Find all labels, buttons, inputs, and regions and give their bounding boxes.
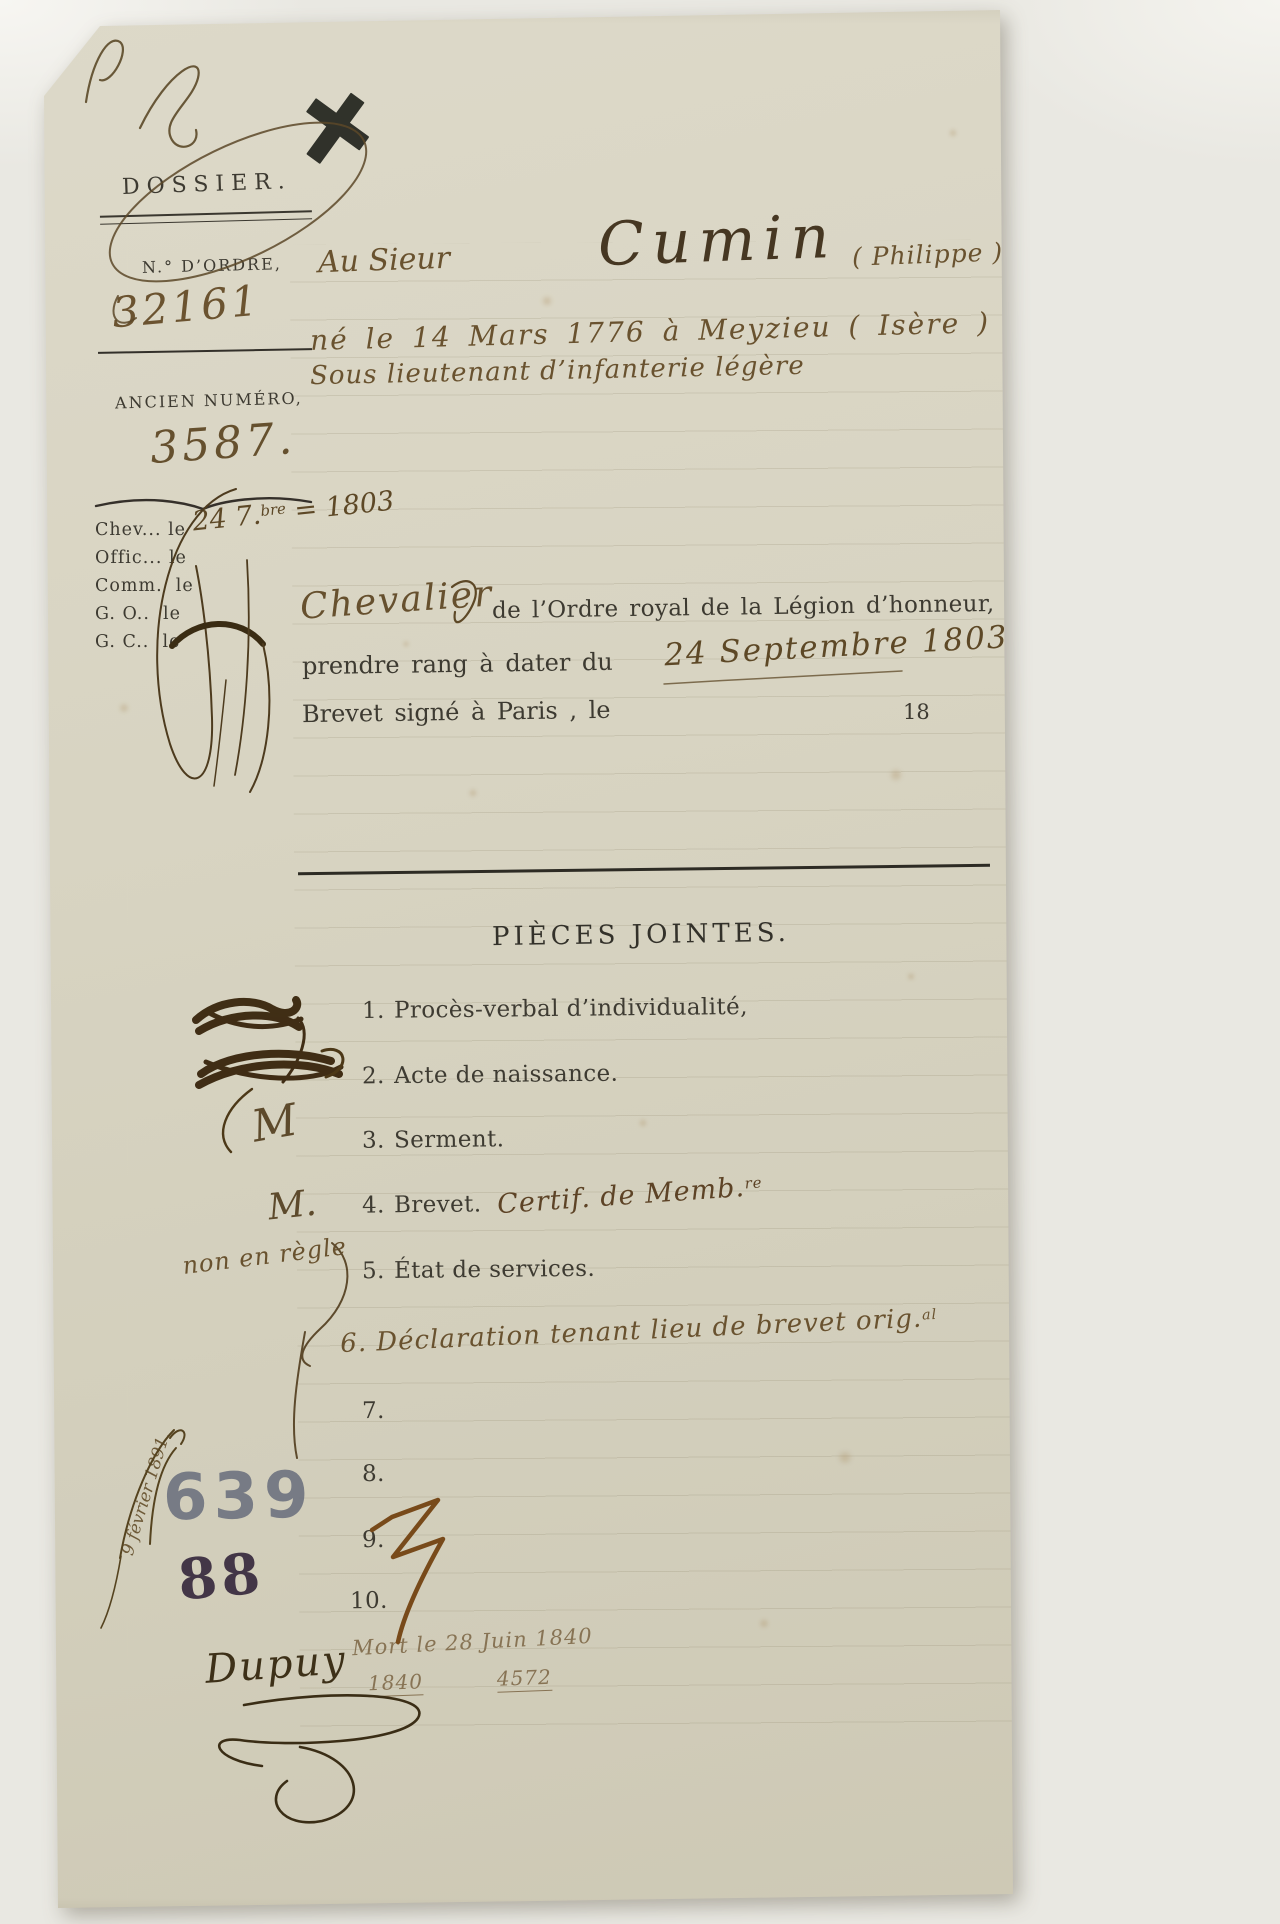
piece-item-label: État de services. bbox=[394, 1256, 595, 1284]
rang-printed: prendre rang à dater du bbox=[302, 648, 613, 680]
foxing-spot bbox=[758, 1618, 770, 1629]
paper-sheet: DOSSIER. N.° D’ORDRE, 32161 ANCIEN NUMÉR… bbox=[0, 0, 1280, 1924]
dossier-title: DOSSIER. bbox=[122, 169, 293, 200]
note-reference-numbers: 18404572 bbox=[368, 1665, 553, 1695]
piece-item-1: 1.Procès-verbal d’individualité, bbox=[362, 994, 748, 1024]
stamp-88: 88 bbox=[175, 1540, 266, 1613]
order-number-value: 32161 bbox=[110, 276, 262, 338]
foxing-spot bbox=[948, 128, 958, 138]
chev-date-pre: 24 7. bbox=[191, 499, 263, 537]
rank-row-grand-croix: G. C.. le bbox=[95, 632, 194, 660]
foxing-spot bbox=[540, 295, 554, 307]
piece-item-number: 2. bbox=[362, 1063, 394, 1089]
margin-mark-m-item4: M. bbox=[266, 1183, 318, 1229]
pieces-jointes-title: PIÈCES JOINTES. bbox=[492, 918, 790, 952]
corner-paraph-scribble bbox=[86, 41, 199, 147]
foxing-spot bbox=[836, 1450, 854, 1465]
foxing-spot bbox=[118, 702, 130, 714]
foxing-spot bbox=[638, 1118, 648, 1128]
rank-row-commandeur: Comm. le bbox=[95, 576, 194, 604]
cross-stamp-icon bbox=[283, 75, 387, 181]
stamp-639: 639 bbox=[162, 1459, 315, 1536]
margin-mark-m-item3: M bbox=[248, 1094, 301, 1152]
rank-row-grand-officier: G. O.. le bbox=[95, 604, 194, 632]
scanned-dossier-page: DOSSIER. N.° D’ORDRE, 32161 ANCIEN NUMÉR… bbox=[0, 0, 1280, 1924]
ruled-lines bbox=[290, 240, 1012, 1737]
piece-item-4: 4.Brevet. bbox=[362, 1191, 482, 1218]
piece-item-5: 5.État de services. bbox=[362, 1256, 595, 1284]
piece-item-number: 3. bbox=[362, 1127, 394, 1153]
piece-item-7: 7. bbox=[362, 1398, 394, 1424]
note-ref-1840: 1840 bbox=[368, 1669, 424, 1697]
order-number-label: N.° D’ORDRE, bbox=[142, 254, 282, 277]
piece-item-number: 10. bbox=[350, 1588, 388, 1614]
piece-item-label: Brevet. bbox=[394, 1191, 482, 1218]
brevet-year-partial: 18 bbox=[903, 700, 930, 724]
foxing-spot bbox=[906, 972, 916, 981]
divider-rule bbox=[98, 348, 312, 354]
piece-item-number: 1. bbox=[362, 998, 394, 1024]
double-rule bbox=[100, 210, 312, 225]
former-number-label: ANCIEN NUMÉRO, bbox=[115, 389, 303, 413]
piece-item-9: 9. bbox=[362, 1527, 394, 1553]
piece-item-8: 8. bbox=[362, 1461, 394, 1487]
piece-item-10: 10. bbox=[350, 1588, 388, 1614]
piece-item-number: 7. bbox=[362, 1398, 394, 1424]
piece-item-number: 8. bbox=[362, 1461, 394, 1487]
piece-item-label: Serment. bbox=[394, 1126, 505, 1153]
foxing-spot bbox=[468, 788, 478, 798]
piece-item-label: Procès-verbal d’individualité, bbox=[394, 994, 748, 1024]
piece-item-number: 5. bbox=[362, 1258, 394, 1284]
recipient-surname: Cumin bbox=[597, 202, 839, 280]
rank-row-officier: Offic... le bbox=[95, 548, 194, 576]
piece-item-6-sup: al bbox=[922, 1307, 938, 1324]
rank-list: Chev... le Offic... le Comm. le G. O.. l… bbox=[95, 520, 194, 660]
piece-item-number: 9. bbox=[362, 1527, 394, 1553]
former-number-value: 3587. bbox=[148, 413, 297, 474]
foxing-spot bbox=[402, 640, 410, 648]
rank-row-chevalier: Chev... le bbox=[95, 520, 194, 548]
paper-shadow: DOSSIER. N.° D’ORDRE, 32161 ANCIEN NUMÉR… bbox=[0, 0, 1280, 1924]
piece-item-label: Acte de naissance. bbox=[394, 1061, 619, 1089]
signature-dupuy: Dupuy bbox=[204, 1637, 349, 1693]
recipient-salutation: Au Sieur bbox=[317, 241, 450, 281]
foxing-spot bbox=[888, 768, 904, 782]
piece-item-3: 3.Serment. bbox=[362, 1126, 505, 1153]
note-ref-4572: 4572 bbox=[496, 1665, 552, 1693]
chev-date-sup: bre bbox=[260, 499, 287, 520]
piece-item-2: 2.Acte de naissance. bbox=[362, 1061, 619, 1090]
brevet-printed: Brevet signé à Paris , le bbox=[302, 696, 611, 728]
piece-item-number: 4. bbox=[362, 1192, 394, 1218]
note-certif-sup: re bbox=[744, 1173, 763, 1192]
recipient-given-name: ( Philippe ) bbox=[852, 237, 1004, 271]
